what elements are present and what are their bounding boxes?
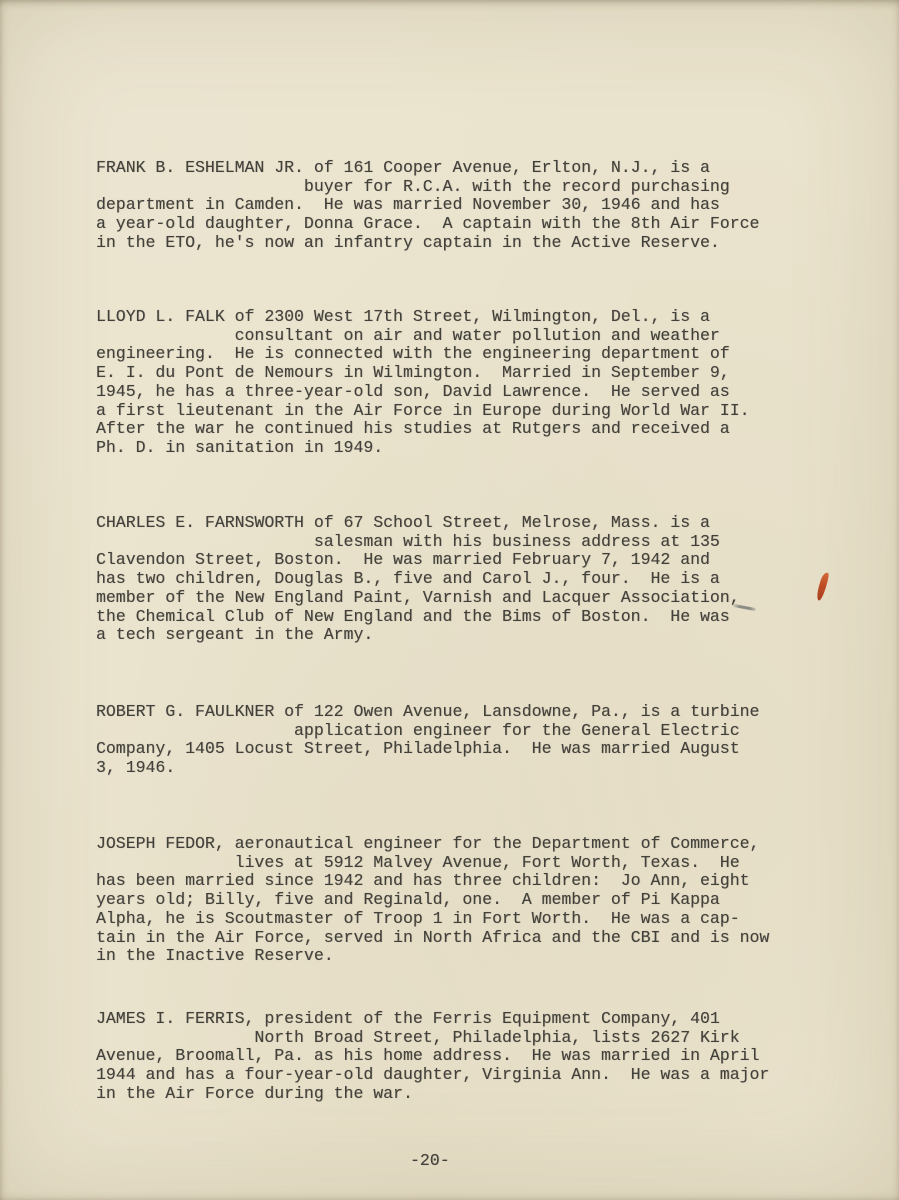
directory-entry-farnsworth: CHARLES E. FARNSWORTH of 67 School Stree… (96, 514, 740, 645)
red-pen-mark (815, 572, 830, 602)
directory-entry-fedor: JOSEPH FEDOR, aeronautical engineer for … (96, 835, 769, 966)
page-number: -20- (410, 1152, 450, 1171)
document-page: FRANK B. ESHELMAN JR. of 161 Cooper Aven… (0, 0, 899, 1200)
directory-entry-falk: LLOYD L. FALK of 2300 West 17th Street, … (96, 308, 750, 458)
directory-entry-faulkner: ROBERT G. FAULKNER of 122 Owen Avenue, L… (96, 703, 759, 778)
directory-entry-eshelman: FRANK B. ESHELMAN JR. of 161 Cooper Aven… (96, 159, 759, 253)
directory-entry-ferris: JAMES I. FERRIS, president of the Ferris… (96, 1010, 769, 1104)
